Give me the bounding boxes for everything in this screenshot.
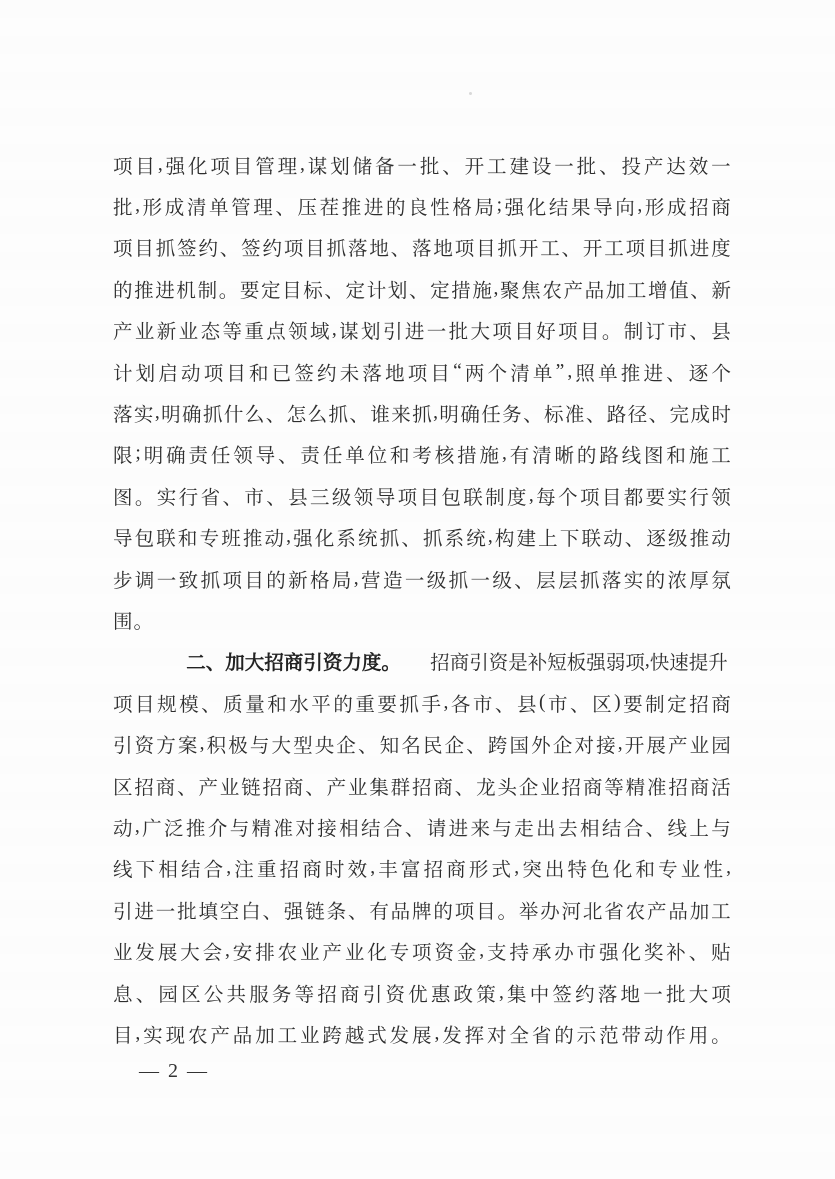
text-line: 业发展大会,安排农业产业化专项资金,支持承办市强化奖补、贴 [113, 930, 731, 971]
text-line: 的推进机制。要定目标、定计划、定措施,聚焦农产品加工增值、新 [113, 268, 731, 309]
text-line: 息、园区公共服务等招商引资优惠政策,集中签约落地一批大项 [113, 972, 731, 1013]
text-line: 项目,强化项目管理,谋划储备一批、开工建设一批、投产达效一 [113, 144, 731, 185]
text-line: 目,实现农产品加工业跨越式发展,发挥对全省的示范带动作用。 [113, 1013, 731, 1054]
text-line: 引进一批填空白、强链条、有品牌的项目。举办河北省农产品加工 [113, 889, 731, 930]
text-line: 引资方案,积极与大型央企、知名民企、跨国外企对接,开展产业园 [113, 723, 731, 764]
document-page: 项目,强化项目管理,谋划储备一批、开工建设一批、投产达效一 批,形成清单管理、压… [0, 0, 835, 1179]
text-line: 项目规模、质量和水平的重要抓手,各市、县(市、区)要制定招商 [113, 682, 731, 723]
text-line: 图。实行省、市、县三级领导项目包联制度,每个项目都要实行领 [113, 475, 731, 516]
document-body: 项目,强化项目管理,谋划储备一批、开工建设一批、投产达效一 批,形成清单管理、压… [113, 144, 731, 1055]
text-line: 区招商、产业链招商、产业集群招商、龙头企业招商等精准招商活 [113, 765, 731, 806]
text-line: 落实,明确抓什么、怎么抓、谁来抓,明确任务、标准、路径、完成时 [113, 392, 731, 433]
text-line: 计划启动项目和已签约未落地项目“两个清单”,照单推进、逐个 [113, 351, 731, 392]
text-line: 导包联和专班推动,强化系统抓、抓系统,构建上下联动、逐级推动 [113, 517, 731, 558]
text-line: 步调一致抓项目的新格局,营造一级抓一级、层层抓落实的浓厚氛 [113, 558, 731, 599]
scan-speck-artifact [469, 92, 472, 95]
text-line: 动,广泛推介与精准对接相结合、请进来与走出去相结合、线上与 [113, 806, 731, 847]
text-line: 项目抓签约、签约项目抓落地、落地项目抓开工、开工项目抓进度 [113, 227, 731, 268]
section-heading-line: 二、加大招商引资力度。 招商引资是补短板强弱项,快速提升 [113, 641, 731, 682]
text-line: 限;明确责任领导、责任单位和考核措施,有清晰的路线图和施工 [113, 434, 731, 475]
text-line: 产业新业态等重点领域,谋划引进一批大项目好项目。制订市、县 [113, 310, 731, 351]
page-number: — 2 — [139, 1060, 209, 1083]
text-line: 围。 [113, 599, 731, 640]
text-line: 批,形成清单管理、压茬推进的良性格局;强化结果导向,形成招商 [113, 185, 731, 226]
text-line: 线下相结合,注重招商时效,丰富招商形式,突出特色化和专业性, [113, 848, 731, 889]
